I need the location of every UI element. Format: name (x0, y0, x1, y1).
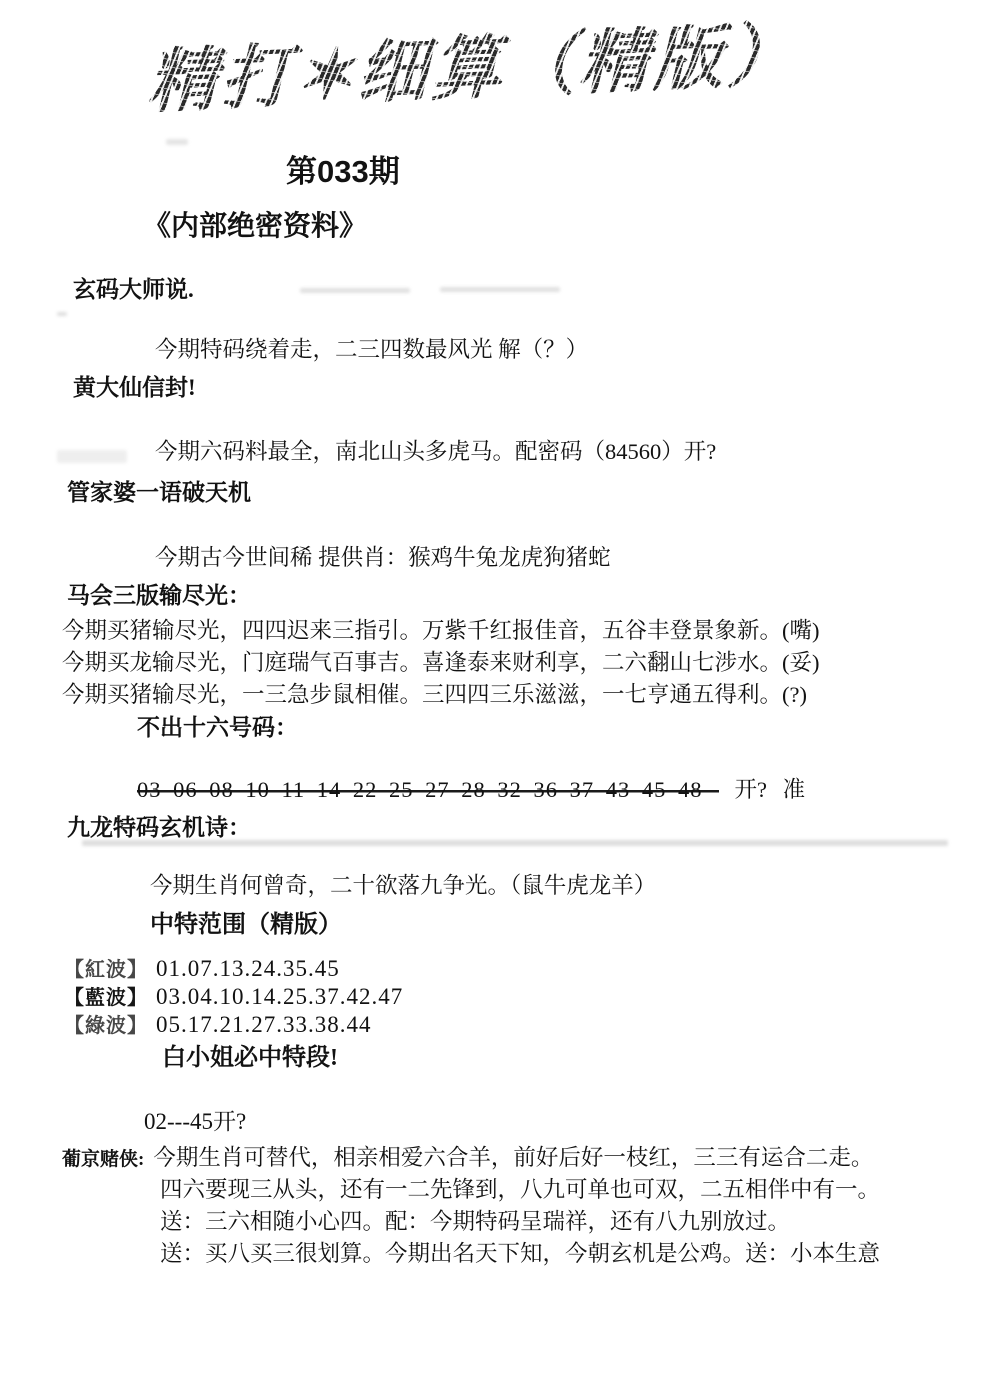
pujing-line-2: 四六要现三从头，还有一二先锋到，八九可单也可双，二五相伴中有一。 (160, 1176, 880, 1203)
masthead-logo-text: 精打✶细算（精版） (142, 0, 820, 127)
excluded-numbers: 03 06 08 10 11 14 22 25 27 28 32 36 37 4… (137, 777, 719, 802)
excluded-numbers-row: 03 06 08 10 11 14 22 25 27 28 32 36 37 4… (137, 776, 805, 803)
guanjia-label: 管家婆一语破天机 (67, 479, 251, 507)
pujing-row: 葡京赌侠:今期生肖可替代，相亲相爱六合羊，前好后好一枝红，三三有运合二走。 (62, 1144, 873, 1172)
erased-text-artifact (300, 288, 410, 293)
pujing-line-3: 送：三六相随小心四。配：今期特码呈瑞祥，还有八九别放过。 (160, 1208, 790, 1235)
mahui-verse-3: 今期买猪输尽光，一三急步鼠相催。三四四三乐滋滋，一七亨通五得利。(?) (62, 681, 807, 708)
masthead-logo: 精打✶细算（精版） (142, 0, 820, 127)
wave-numbers-red: 01.07.13.24.35.45 (156, 956, 340, 981)
range-label: 中特范围（精版） (150, 911, 342, 940)
mahui-label: 马会三版输尽光： (67, 582, 251, 610)
mahui-verse-2: 今期买龙输尽光，门庭瑞气百事吉。喜逢泰来财利享，二六翻山七涉水。(妥) (62, 649, 820, 676)
mahui-verse-1: 今期买猪输尽光，四四迟来三指引。万紫千红报佳音，五谷丰登景象新。(嘴) (62, 617, 820, 644)
jiulong-verse: 今期生肖何曾奇，二十欲落九争光。（鼠牛虎龙羊） (150, 872, 656, 899)
wave-label-red: 【紅波】 (64, 958, 156, 982)
scanned-document-page: 精打✶细算（精版） 第033期 《内部绝密资料》 玄码大师说. 今期特码绕着走，… (0, 0, 981, 1388)
issue-number: 第033期 (286, 146, 400, 191)
guanjia-verse: 今期古今世间稀 提供肖：猴鸡牛兔龙虎狗猪蛇 (155, 544, 611, 571)
pujing-line-4: 送：买八买三很划算。今期出名天下知，今朝玄机是公鸡。送：小本生意 (160, 1240, 880, 1267)
master-label: 玄码大师说. (73, 276, 194, 304)
wave-row-green: 【綠波】05.17.21.27.33.38.44 (64, 1011, 372, 1039)
master-verse: 今期特码绕着走，二三四数最风光 解（？） (155, 336, 588, 363)
bai-label: 白小姐必中特段! (162, 1044, 338, 1073)
pujing-label: 葡京赌侠: (62, 1149, 144, 1170)
pujing-line-1: 今期生肖可替代，相亲相爱六合羊，前好后好一枝红，三三有运合二走。 (153, 1145, 873, 1170)
secret-title: 《内部绝密资料》 (143, 210, 367, 244)
wave-numbers-blue: 03.04.10.14.25.37.42.47 (156, 984, 403, 1009)
excluded-verdict: 开? 准 (735, 777, 806, 802)
jiulong-label: 九龙特码玄机诗： (67, 814, 251, 842)
huang-verse: 今期六码料最全，南北山头多虎马。配密码（84560）开? (155, 438, 716, 465)
erased-text-artifact (440, 287, 560, 292)
print-artifact (166, 139, 188, 145)
print-artifact (57, 450, 127, 463)
wave-label-blue: 【藍波】 (64, 986, 156, 1010)
wave-row-red: 【紅波】01.07.13.24.35.45 (64, 955, 340, 983)
exclude-label: 不出十六号码： (137, 714, 298, 742)
wave-row-blue: 【藍波】03.04.10.14.25.37.42.47 (64, 983, 403, 1011)
print-artifact (57, 312, 67, 316)
huang-label: 黄大仙信封! (73, 374, 196, 402)
wave-numbers-green: 05.17.21.27.33.38.44 (156, 1012, 372, 1037)
bai-result: 02---45开? (144, 1108, 246, 1136)
wave-label-green: 【綠波】 (64, 1014, 156, 1038)
